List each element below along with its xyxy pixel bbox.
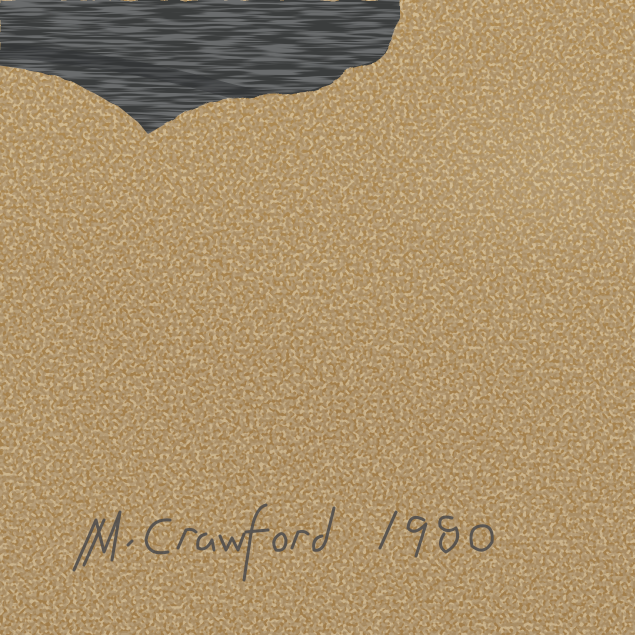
painting-detail: M. Crawford 1980 — [0, 0, 635, 635]
artist-signature: M. Crawford 1980 — [0, 0, 635, 635]
